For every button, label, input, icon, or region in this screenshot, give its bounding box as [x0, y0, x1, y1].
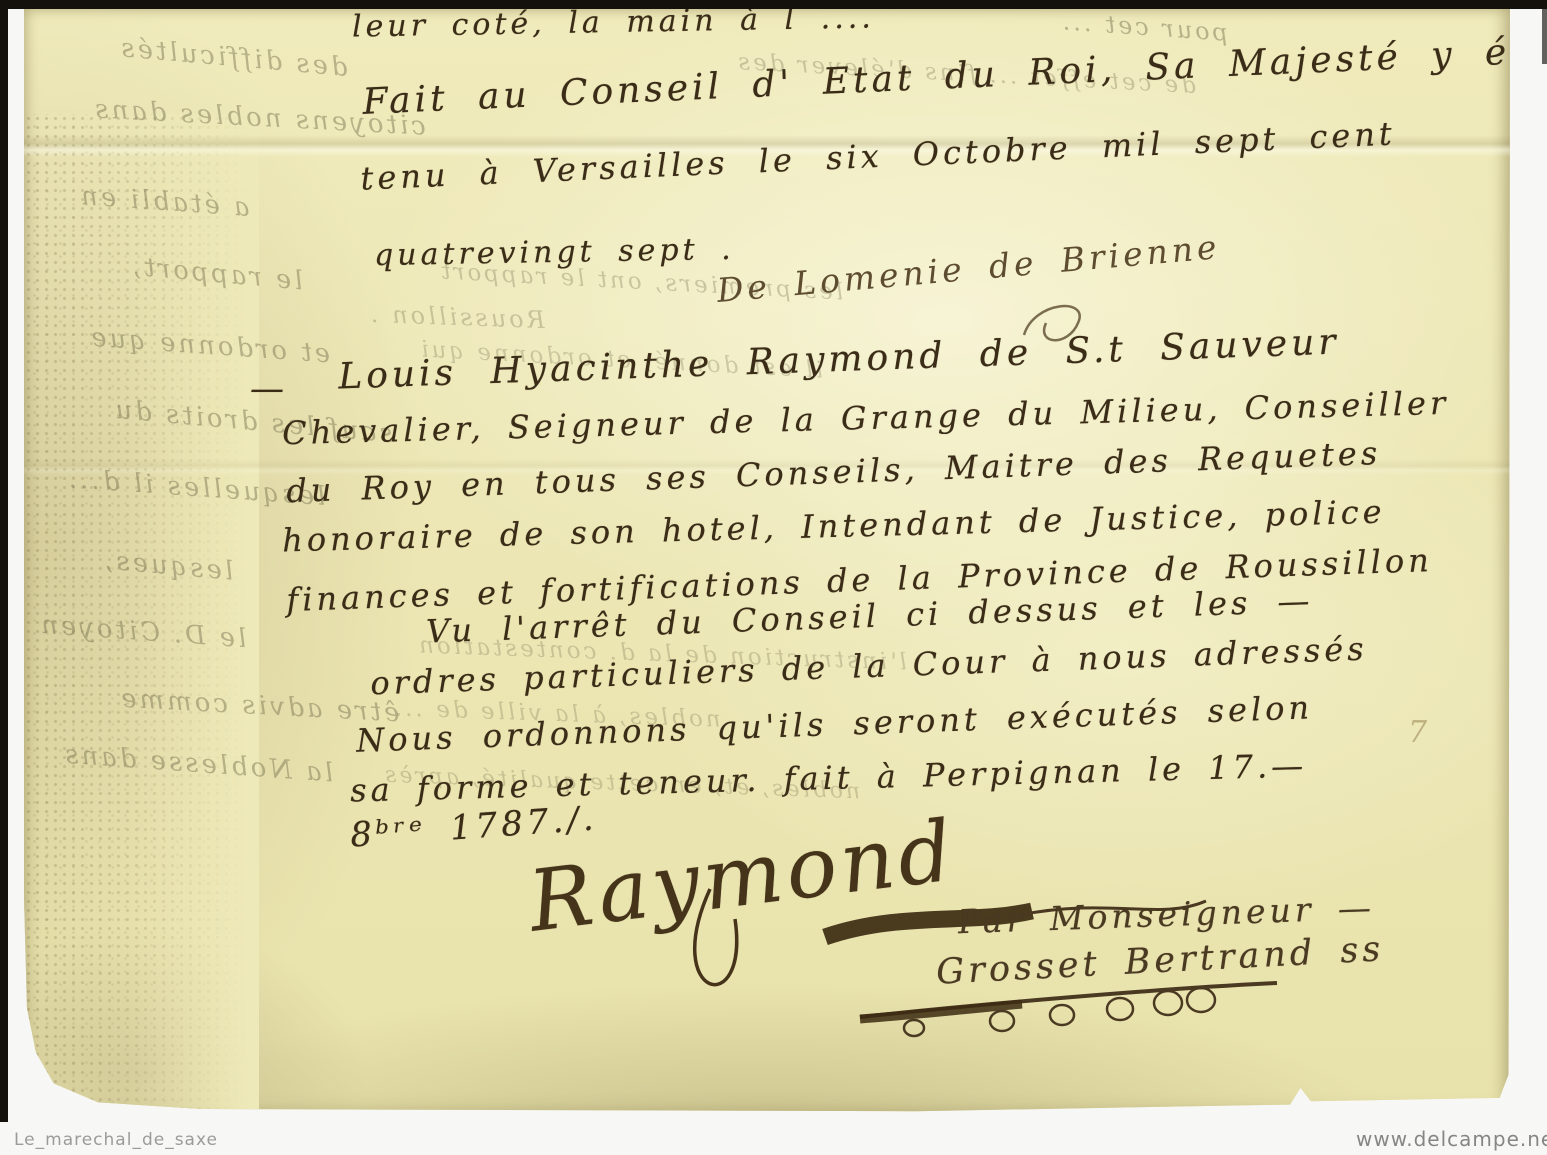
watermark-site: www.delcampe.net: [1356, 1127, 1547, 1151]
grosset-bertrand-flourish: [852, 973, 1292, 1053]
scan-edge-right: [1542, 9, 1547, 64]
bleed-fragment: Roussillon .: [368, 300, 546, 334]
countersignature-lomenie: De Lomenie de Brienne: [715, 227, 1222, 310]
parchment-page: pour cet ... des difficultés de cet effe…: [24, 9, 1510, 1119]
watermark-seller: Le_marechal_de_saxe: [14, 1130, 218, 1150]
margin-mark: 7: [1408, 715, 1431, 750]
bleed-fragment: des difficultés: [117, 33, 349, 83]
bleed-fragment: pour cet ...: [1059, 7, 1229, 47]
ink-line-6: Louis Hyacinthe Raymond de S.t Sauveur: [338, 322, 1341, 398]
scanned-document: pour cet ... des difficultés de cet effe…: [0, 0, 1547, 1155]
ink-line-4: quatrevingt sept .: [374, 232, 735, 273]
ink-line-3: tenu à Versailles le six Octobre mil sep…: [360, 114, 1397, 197]
scan-edge-left: [0, 9, 8, 1122]
scan-edge-top: [0, 0, 1547, 9]
margin-dash: —: [250, 369, 288, 409]
